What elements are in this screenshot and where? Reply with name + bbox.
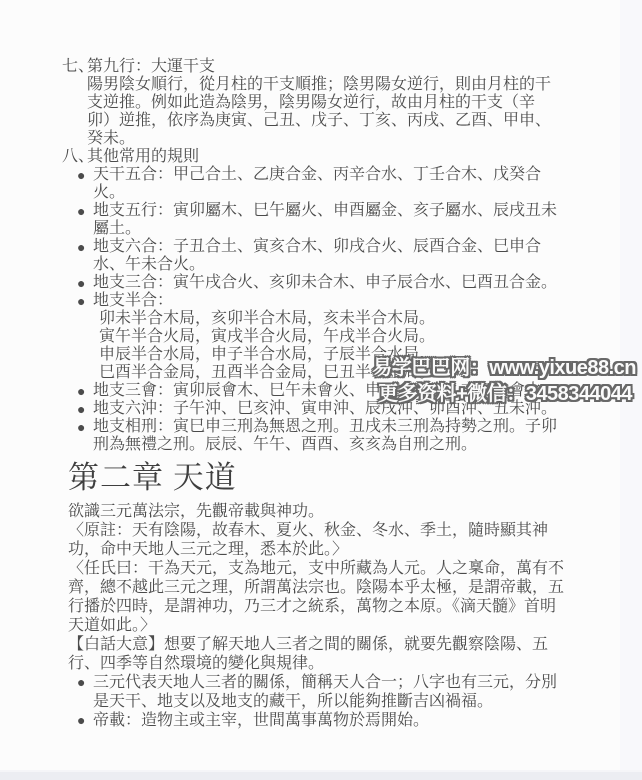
bullet-icon: ● [77, 711, 93, 730]
document-page: 七、 第九行：大運干支 陽男陰女順行，從月柱的干支順推；陰男陽女逆行，則由月柱的… [0, 0, 642, 780]
chapter-heading: 第二章 天道 [68, 460, 602, 496]
rule-text: 天干五合：甲己合土、乙庚合金、丙辛合水、丁壬合木、戊癸合火。 [93, 166, 563, 202]
half-combination-wood: 卯未半合木局，亥卯半合木局，亥未半合木局。 [93, 310, 563, 328]
bullet-icon: ● [77, 202, 93, 238]
chapter-bullet-text: 帝載：造物主或主宰，世間萬事萬物於焉開始。 [93, 711, 563, 730]
rule-text: 地支半合： [93, 292, 563, 310]
rule-text: 地支三合：寅午戌合火、亥卯未合木、申子辰合水、巳酉丑合金。 [93, 274, 563, 292]
rule-punishments: ● 地支相刑：寅巳申三刑為無恩之刑。丑戌未三刑為持勢之刑。子卯刑為無禮之刑。辰辰… [62, 418, 602, 454]
bullet-icon: ● [77, 418, 93, 454]
section-eight-title: 其他常用的規則 [87, 148, 557, 166]
rule-text: 地支相刑：寅巳申三刑為無恩之刑。丑戌未三刑為持勢之刑。子卯刑為無禮之刑。辰辰、午… [93, 418, 563, 454]
section-seven-title: 第九行：大運干支 [87, 58, 557, 76]
chapter-bullet-dizai: ● 帝載：造物主或主宰，世間萬事萬物於焉開始。 [68, 711, 602, 730]
section-eight: 八、 其他常用的規則 [62, 148, 602, 166]
section-eight-number: 八、 [62, 148, 87, 166]
section-seven-body: 陽男陰女順行，從月柱的干支順推；陰男陽女逆行，則由月柱的干支逆推。例如此造為陰男… [87, 76, 557, 148]
rule-three-combinations: ● 地支三合：寅午戌合火、亥卯未合木、申子辰合水、巳酉丑合金。 [62, 274, 602, 292]
rule-text: 地支五行：寅卯屬木、巳午屬火、申酉屬金、亥子屬水、辰戌丑未屬土。 [93, 202, 563, 238]
page-bottom-strip [0, 770, 642, 780]
chapter-plain-meaning: 【白話大意】想要了解天地人三者之間的關係，就要先觀察陰陽、五行、四季等自然環境的… [68, 635, 566, 673]
chapter-bullet-three-origins: ● 三元代表天地人三者的關係，簡稱天人合一；八字也有三元，分別是天干、地支以及地… [68, 673, 602, 711]
chapter-bullet-list: ● 三元代表天地人三者的關係，簡稱天人合一；八字也有三元，分別是天干、地支以及地… [68, 673, 602, 730]
chapter-verse: 欲識三元萬法宗，先觀帝載與神功。 [68, 502, 566, 521]
chapter-two-section: 第二章 天道 欲識三元萬法宗，先觀帝載與神功。 〈原註：天有陰陽，故春木、夏火、… [62, 460, 602, 730]
rule-text: 地支六合：子丑合土、寅亥合木、卯戌合火、辰酉合金、巳申合水、午未合火。 [93, 238, 563, 274]
section-seven: 七、 第九行：大運干支 陽男陰女順行，從月柱的干支順推；陰男陽女逆行，則由月柱的… [62, 58, 602, 148]
rule-stem-combinations: ● 天干五合：甲己合土、乙庚合金、丙辛合水、丁壬合木、戊癸合火。 [62, 166, 602, 202]
chapter-original-note: 〈原註：天有陰陽，故春木、夏火、秋金、冬水、季土，隨時顯其神功，命中天地人三元之… [68, 521, 566, 559]
watermark: 易学巴巴网：www.yixue88.cn 更多资料+微信：3458344044 [0, 355, 638, 407]
rule-branch-elements: ● 地支五行：寅卯屬木、巳午屬火、申酉屬金、亥子屬水、辰戌丑未屬土。 [62, 202, 602, 238]
bullet-icon: ● [77, 274, 93, 292]
rules-bullet-list: ● 天干五合：甲己合土、乙庚合金、丙辛合水、丁壬合木、戊癸合火。 ● 地支五行：… [62, 166, 602, 454]
watermark-site-url: 易学巴巴网：www.yixue88.cn [0, 355, 638, 381]
bullet-icon: ● [77, 166, 93, 202]
chapter-ren-commentary: 〈任氏曰：干為天元，支為地元，支中所藏為人元。人之稟命，萬有不齊，總不越此三元之… [68, 559, 566, 635]
rule-six-combinations: ● 地支六合：子丑合土、寅亥合木、卯戌合火、辰酉合金、巳申合水、午未合火。 [62, 238, 602, 274]
watermark-wechat-contact: 更多资料+微信：3458344044 [0, 381, 638, 407]
section-seven-number: 七、 [62, 58, 87, 148]
half-combination-fire: 寅午半合火局，寅戌半合火局，午戌半合火局。 [93, 328, 563, 346]
chapter-bullet-text: 三元代表天地人三者的關係，簡稱天人合一；八字也有三元，分別是天干、地支以及地支的… [93, 673, 563, 711]
bullet-icon: ● [77, 238, 93, 274]
bullet-icon: ● [77, 673, 93, 711]
